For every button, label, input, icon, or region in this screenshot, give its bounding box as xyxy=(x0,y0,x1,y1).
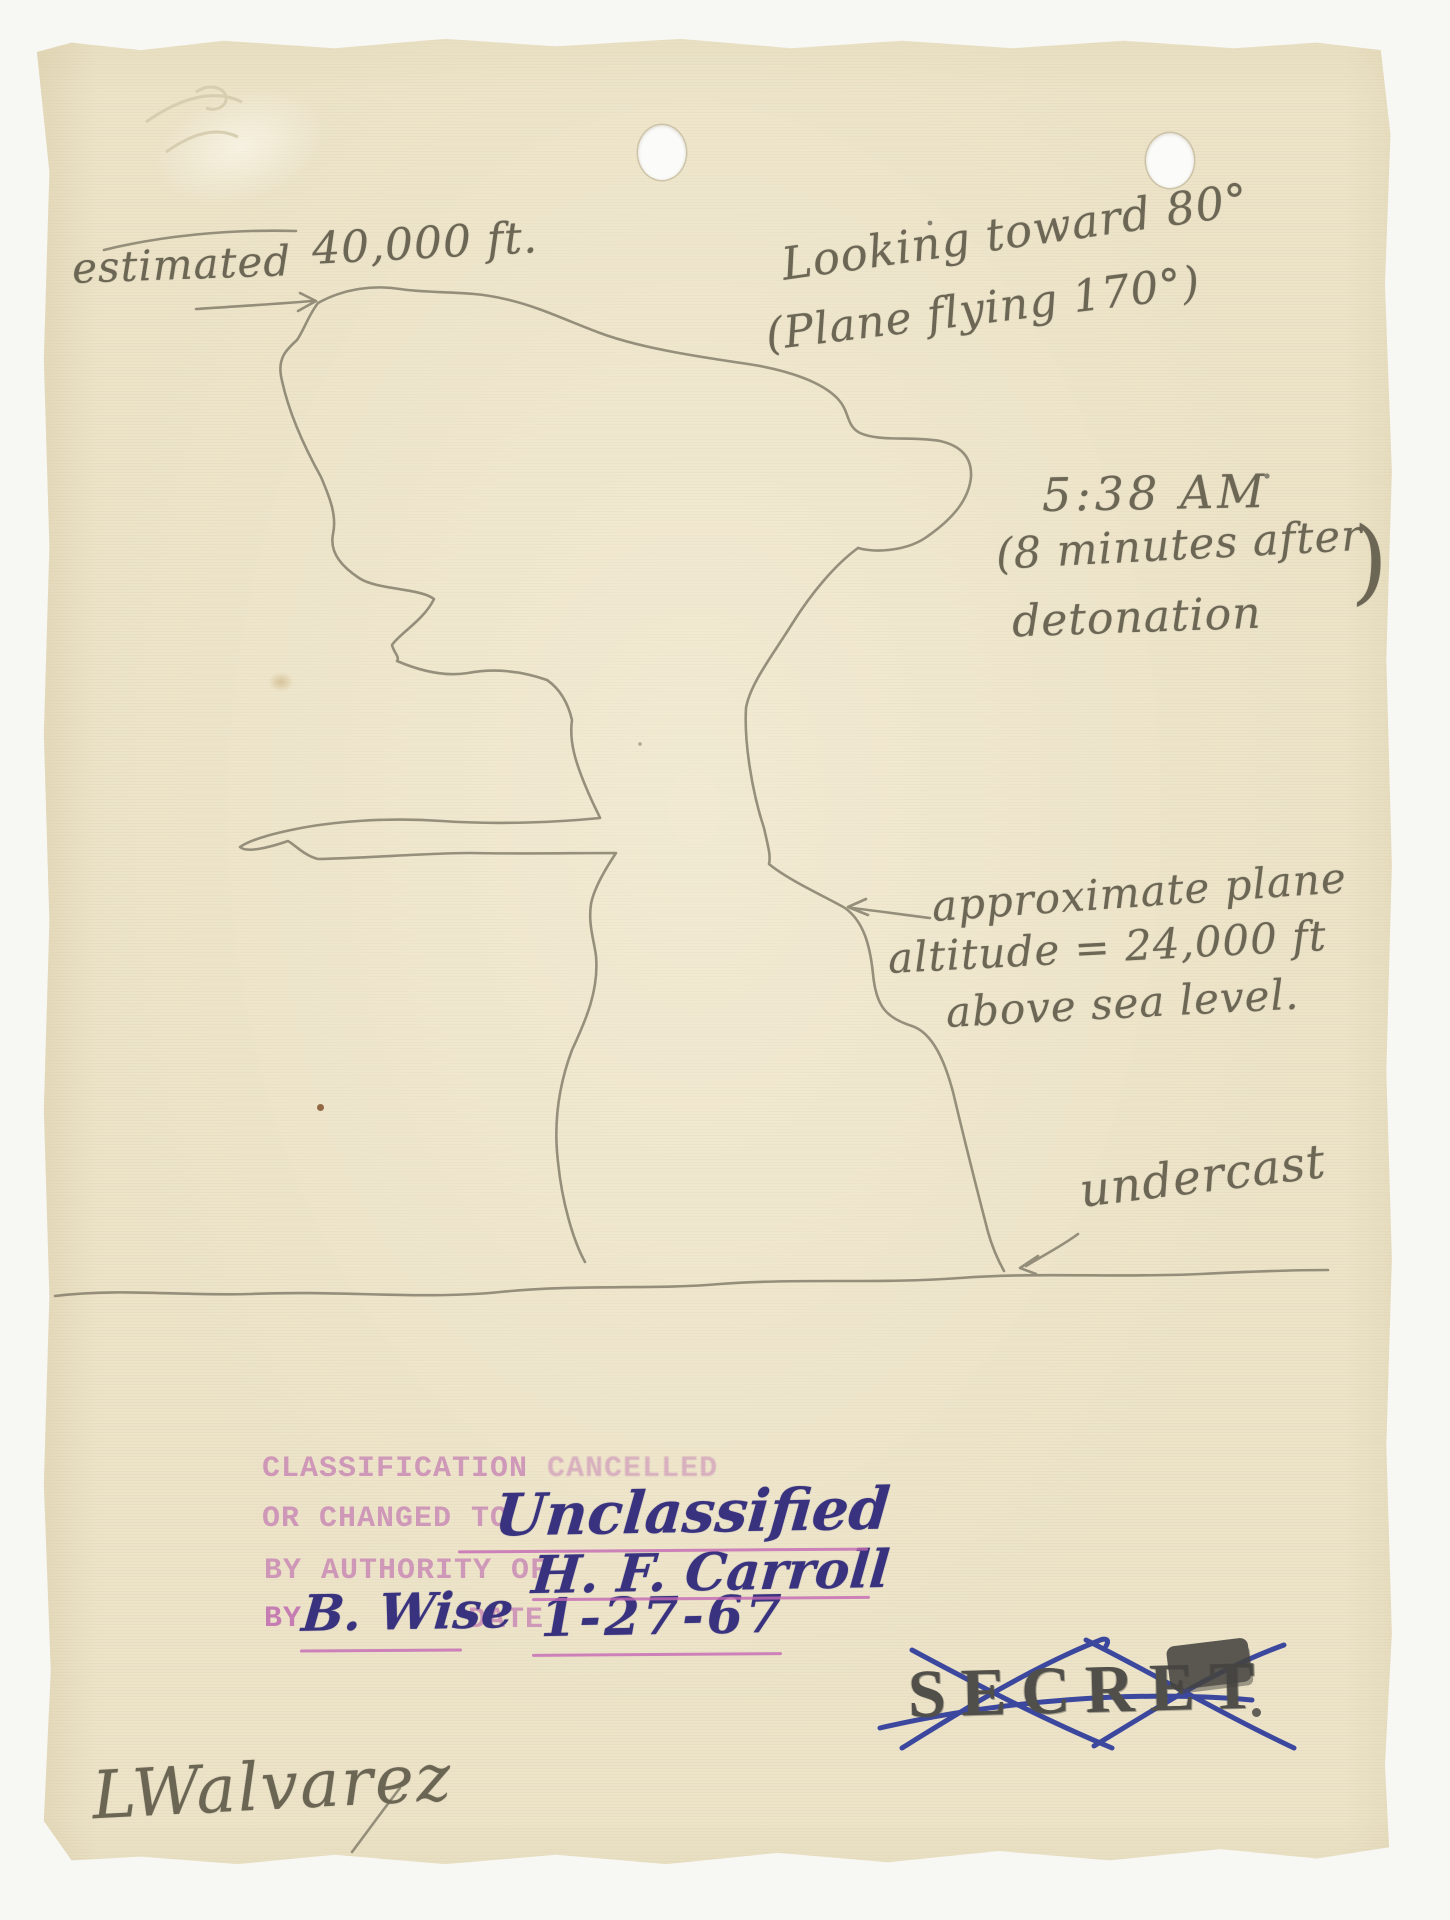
altitude-arrow xyxy=(848,899,930,918)
undercast-horizon-line xyxy=(55,1270,1328,1296)
undercast-arrow xyxy=(1020,1234,1078,1274)
scanned-document-page: { "sketch": { "estimated_label": "estima… xyxy=(0,0,1450,1920)
detonation-note: detonation xyxy=(1011,588,1262,648)
stamp-line2: OR CHANGED TO xyxy=(262,1502,509,1536)
crease-marks xyxy=(146,87,242,152)
time-note: 5:38 AM xyxy=(1042,464,1269,522)
date-entry: 1-27-67 xyxy=(539,1584,785,1649)
minutes-after-paren: ) xyxy=(1350,507,1391,615)
secret-stamp-period xyxy=(1252,1708,1261,1717)
stamp-by-label: BY xyxy=(264,1602,302,1636)
estimated-label: estimated xyxy=(71,236,292,293)
estimated-arrow xyxy=(196,293,316,311)
changed-to-entry: Unclassified xyxy=(492,1474,893,1549)
cloud-stem-left-path xyxy=(240,303,616,1262)
by-entry: B. Wise xyxy=(299,1580,515,1643)
stamp-classification: CLASSIFICATION xyxy=(262,1452,528,1486)
